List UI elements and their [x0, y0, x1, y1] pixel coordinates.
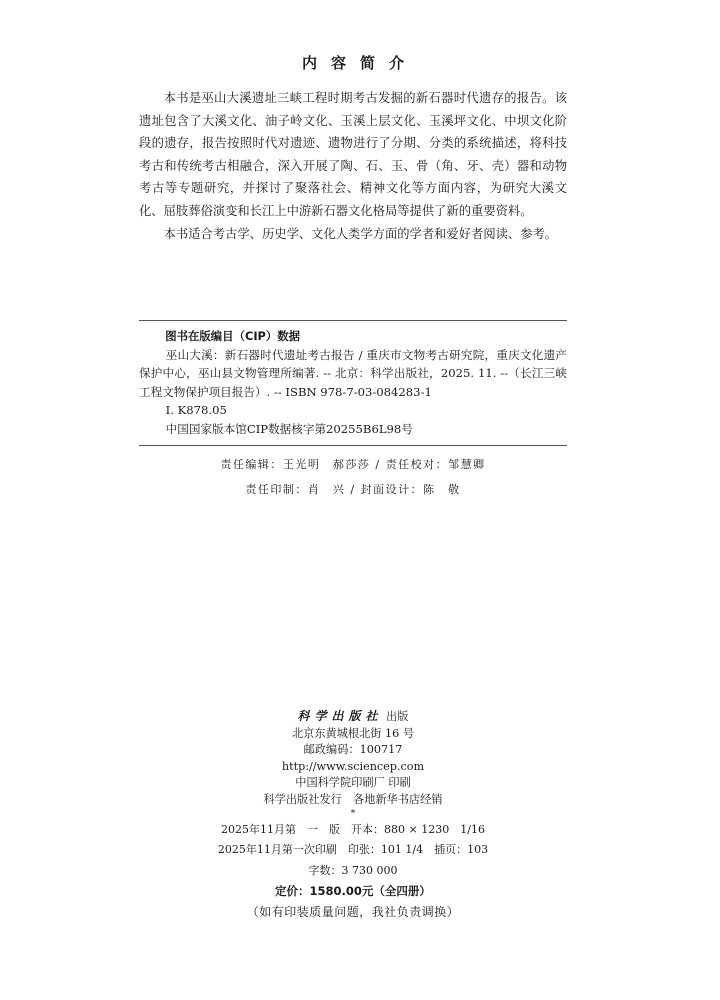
quality-notice: （如有印装质量问题，我社负责调换） — [139, 902, 567, 922]
cip-bottom-divider — [139, 445, 567, 446]
publisher-address: 北京东黄城根北街 16 号 — [139, 726, 567, 743]
separator-asterisk: * — [139, 809, 567, 819]
edition-specs: 2025年11月第 一 版 开本：880 × 1230 1/16 2025年11… — [139, 820, 567, 922]
page-title: 内容简介 — [139, 52, 567, 73]
publisher-website: http://www.sciencep.com — [139, 759, 567, 776]
publisher-colophon: 科学出版社 出版 北京东黄城根北街 16 号 邮政编码：100717 http:… — [139, 708, 567, 819]
publisher-suffix: 出版 — [383, 710, 409, 723]
price: 定价：1580.00元（全四册） — [139, 881, 567, 901]
credits-production: 责任印制：肖 兴 / 封面设计：陈 敬 — [139, 481, 567, 497]
printer: 中国科学院印刷厂 印刷 — [139, 775, 567, 792]
cip-data-block: 图书在版编目（CIP）数据 巫山大溪：新石器时代遗址考古报告 / 重庆市文物考古… — [139, 327, 567, 439]
cip-top-divider — [139, 320, 567, 321]
content-summary: 本书是巫山大溪遗址三峡工程时期考古发掘的新石器时代遗存的报告。该遗址包含了大溪文… — [139, 87, 567, 245]
distribution: 科学出版社发行 各地新华书店经销 — [139, 792, 567, 809]
publisher-postcode: 邮政编码：100717 — [139, 742, 567, 759]
publisher-line: 科学出版社 出版 — [139, 708, 567, 726]
summary-paragraph: 本书是巫山大溪遗址三峡工程时期考古发掘的新石器时代遗存的报告。该遗址包含了大溪文… — [139, 87, 567, 223]
audience-paragraph: 本书适合考古学、历史学、文化人类学方面的学者和爱好者阅读、参考。 — [139, 223, 567, 246]
printing-line: 2025年11月第一次印刷 印张：101 1/4 插页：103 — [139, 840, 567, 860]
cip-classification: Ⅰ. K878.05 — [139, 401, 567, 420]
publisher-logo-name: 科学出版社 — [298, 709, 383, 723]
cip-record: 巫山大溪：新石器时代遗址考古报告 / 重庆市文物考古研究院，重庆文化遗产保护中心… — [139, 346, 567, 402]
edition-line: 2025年11月第 一 版 开本：880 × 1230 1/16 — [139, 820, 567, 840]
cip-heading: 图书在版编目（CIP）数据 — [139, 327, 567, 346]
cip-verification-number: 中国国家版本馆CIP数据核字第20255B6L98号 — [139, 420, 567, 439]
credits-editors: 责任编辑：王光明 郝莎莎 / 责任校对：邹慧卿 — [139, 456, 567, 472]
word-count: 字数：3 730 000 — [139, 861, 567, 881]
